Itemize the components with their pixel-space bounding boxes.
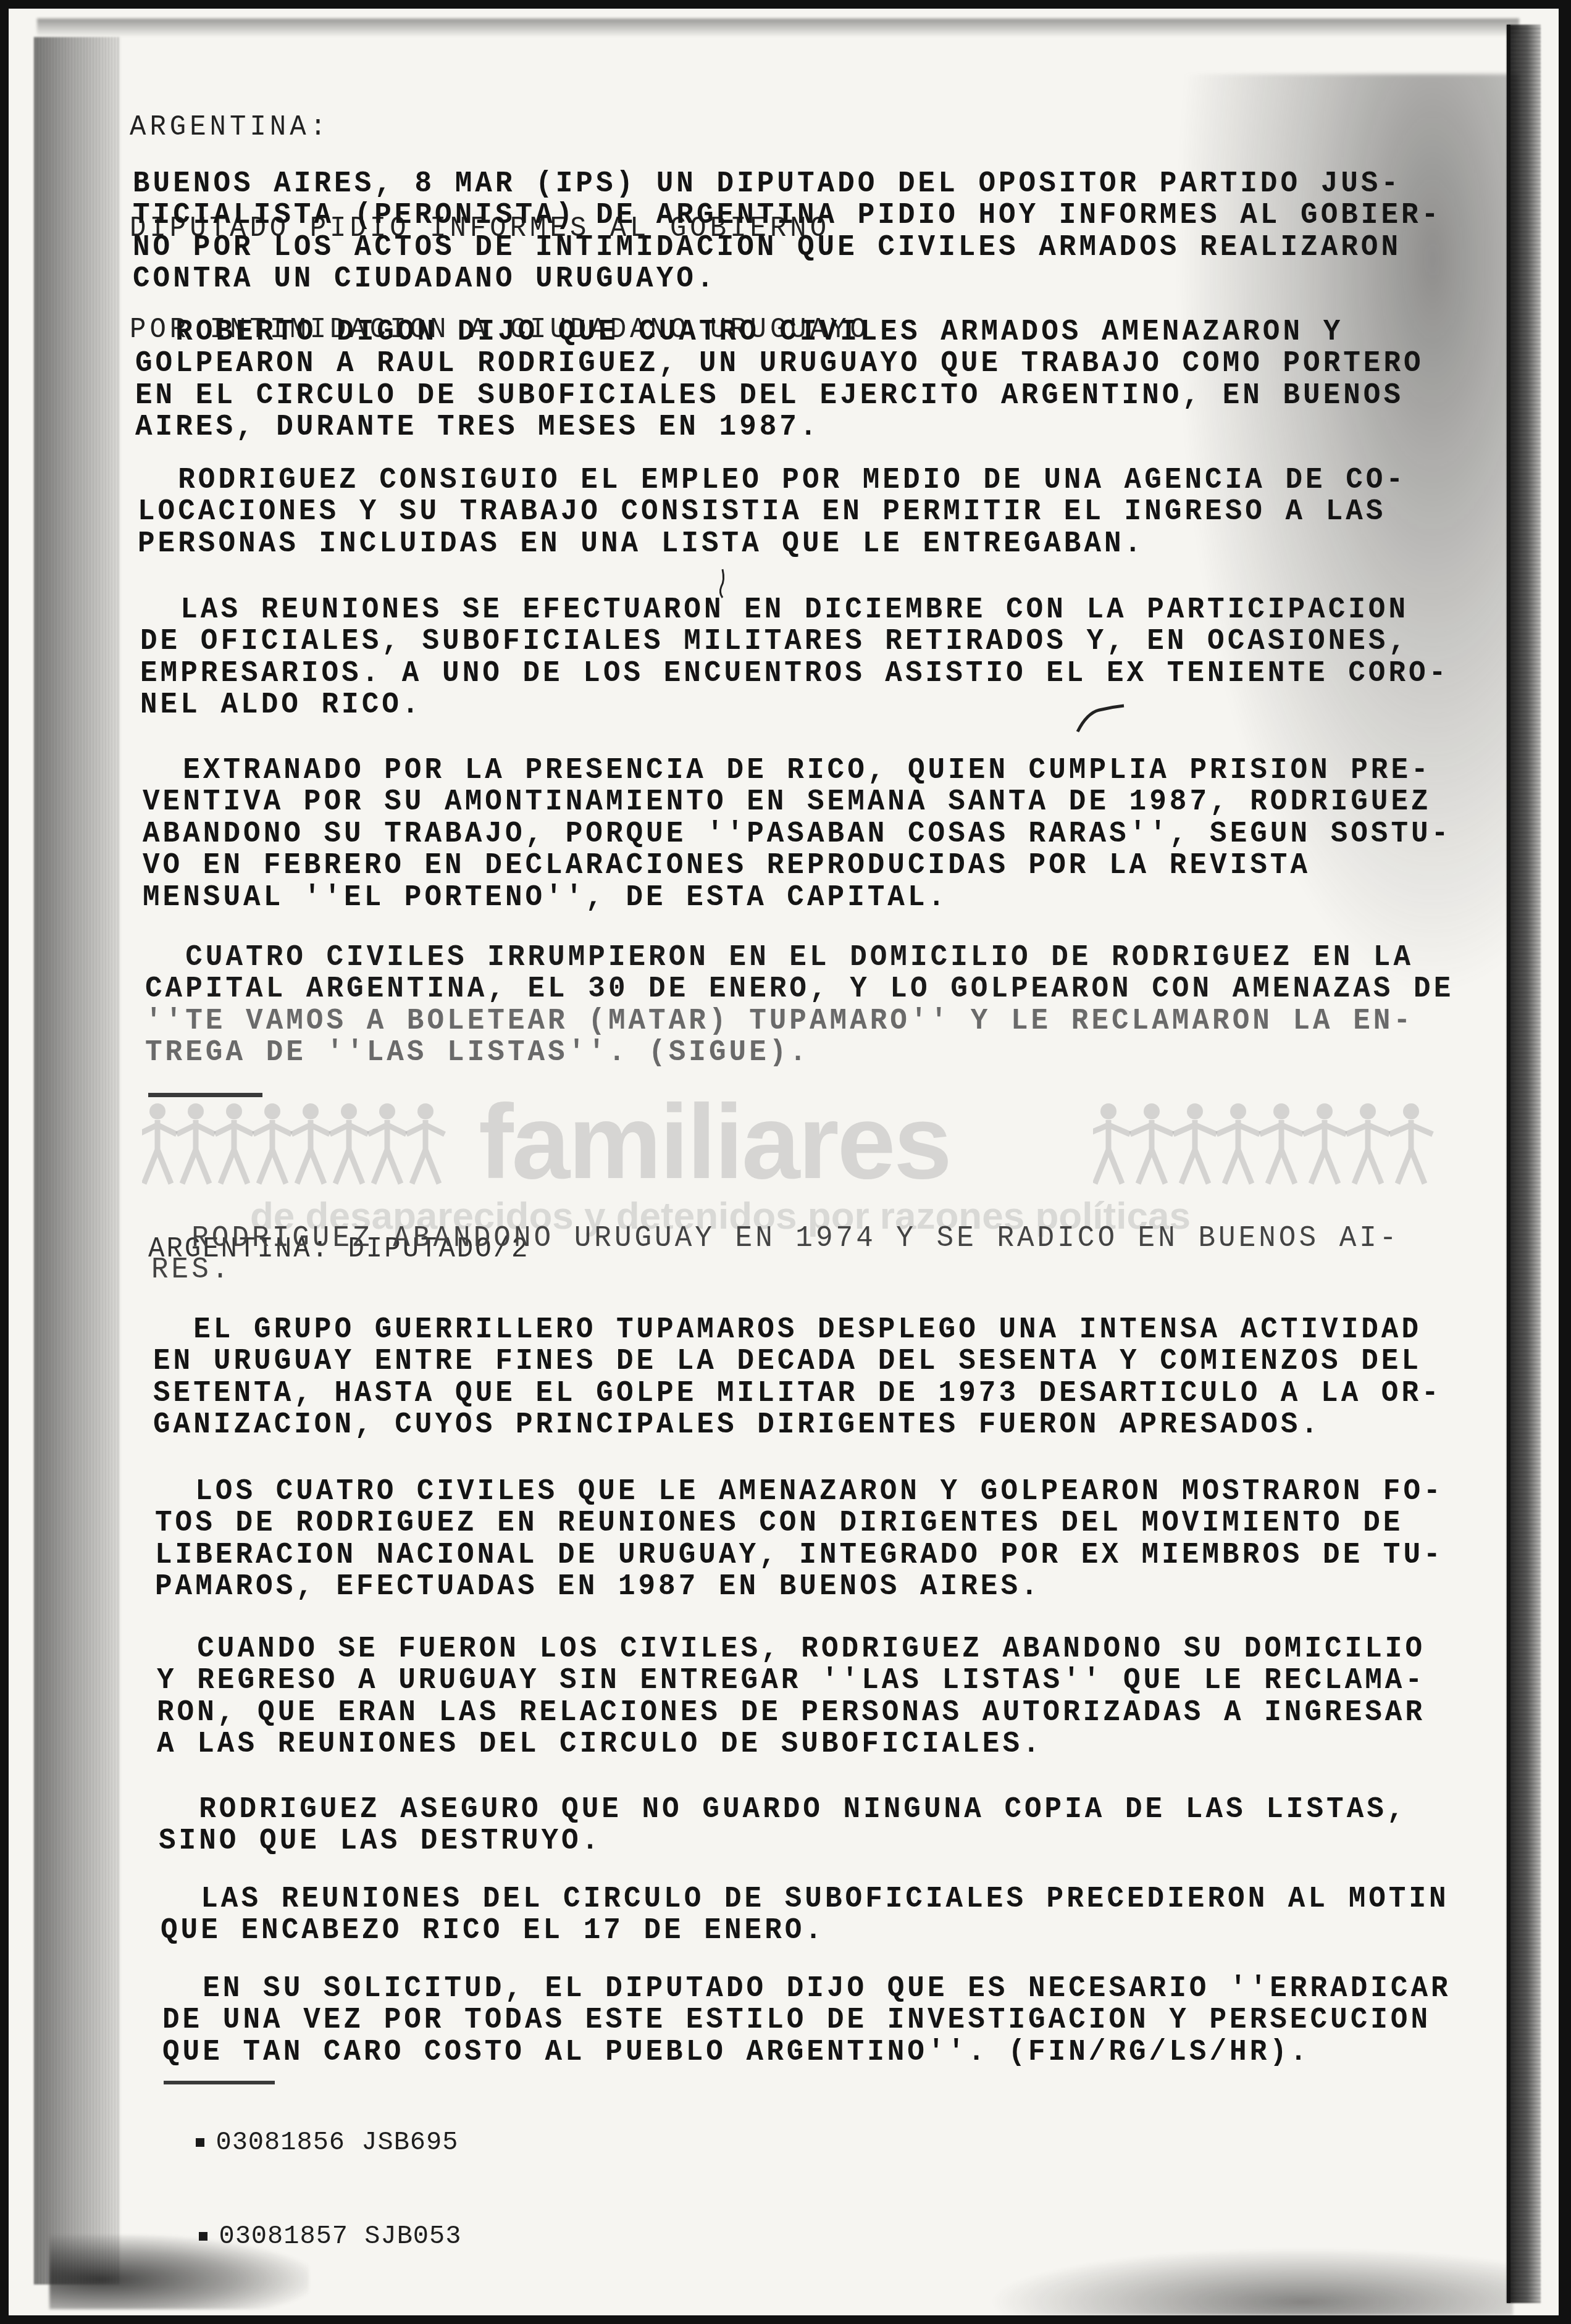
page1-paragraph: EXTRANADO POR LA PRESENCIA DE RICO, QUIE… <box>143 754 1451 913</box>
pen-mark-tick <box>1075 701 1130 738</box>
scan-smudge-top <box>37 19 1519 37</box>
end-divider <box>164 2081 275 2084</box>
paragraph-line: CONTRA UN CIUDADANO URUGUAYO. <box>133 263 1441 295</box>
paragraph-line: LOCACIONES Y SU TRABAJO CONSISTIA EN PER… <box>138 496 1406 527</box>
paragraph-line: NO POR LOS ACTOS DE INTIMIDACION QUE CIV… <box>133 232 1441 263</box>
scan-smudge-left <box>34 37 120 2284</box>
paragraph-line: LOS CUATRO CIVILES QUE LE AMENAZARON Y G… <box>155 1476 1444 1507</box>
bullet-icon <box>199 2232 207 2241</box>
page2-paragraph: RODRIGUEZ ABANDONO URUGUAY EN 1974 Y SE … <box>151 1223 1399 1286</box>
transmission-code-1: 03081856 JSB695 <box>164 2098 458 2157</box>
paragraph-line: AIRES, DURANTE TRES MESES EN 1987. <box>135 411 1424 443</box>
page1-paragraph: CUATRO CIVILES IRRUMPIERON EN EL DOMICIL… <box>145 942 1454 1069</box>
header-country: ARGENTINA: <box>130 111 870 144</box>
paragraph-line: RODRIGUEZ ABANDONO URUGUAY EN 1974 Y SE … <box>151 1223 1399 1254</box>
pen-mark-stroke <box>716 568 729 599</box>
paragraph-line: TREGA DE ''LAS LISTAS''. (SIGUE). <box>145 1037 1454 1068</box>
paragraph-line: DE UNA VEZ POR TODAS ESTE ESTILO DE INVE… <box>162 2004 1451 2036</box>
paragraph-line: RODRIGUEZ CONSIGUIO EL EMPLEO POR MEDIO … <box>138 464 1406 496</box>
paragraph-line: A LAS REUNIONES DEL CIRCULO DE SUBOFICIA… <box>157 1728 1425 1760</box>
paragraph-line: LIBERACION NACIONAL DE URUGUAY, INTEGRAD… <box>155 1539 1444 1571</box>
paragraph-line: LAS REUNIONES SE EFECTUARON EN DICIEMBRE… <box>140 594 1449 625</box>
paragraph-line: EL GRUPO GUERRILLERO TUPAMAROS DESPLEGO … <box>153 1314 1442 1345</box>
paragraph-line: RON, QUE ERAN LAS RELACIONES DE PERSONAS… <box>157 1697 1425 1728</box>
paragraph-line: PERSONAS INCLUIDAS EN UNA LISTA QUE LE E… <box>138 528 1406 559</box>
paragraph-line: LAS REUNIONES DEL CIRCULO DE SUBOFICIALE… <box>161 1883 1449 1915</box>
page2-paragraph: RODRIGUEZ ASEGURO QUE NO GUARDO NINGUNA … <box>159 1794 1407 1857</box>
page1-paragraph: LAS REUNIONES SE EFECTUARON EN DICIEMBRE… <box>140 594 1449 721</box>
paragraph-line: RODRIGUEZ ASEGURO QUE NO GUARDO NINGUNA … <box>159 1794 1407 1825</box>
scan-edge-line-right <box>1507 25 1510 2303</box>
scan-edge-strip-right <box>1507 25 1541 2303</box>
paragraph-line: Y REGRESO A URUGUAY SIN ENTREGAR ''LAS L… <box>157 1665 1425 1696</box>
code-text: 03081857 SJB053 <box>219 2222 461 2251</box>
paragraph-line: EN EL CIRCULO DE SUBOFICIALES DEL EJERCI… <box>135 380 1424 411</box>
paragraph-line: GOLPEARON A RAUL RODRIGUEZ, UN URUGUAYO … <box>135 348 1424 379</box>
paragraph-line: EXTRANADO POR LA PRESENCIA DE RICO, QUIE… <box>143 754 1451 786</box>
scan-smudge-bottom-right <box>988 2247 1513 2315</box>
bullet-icon <box>196 2138 204 2147</box>
paragraph-line: VO EN FEBRERO EN DECLARACIONES REPRODUCI… <box>143 850 1451 881</box>
page1-paragraph: ROBERTO DIGON DIJO QUE CUATRO CIVILES AR… <box>135 316 1424 443</box>
paragraph-line: NEL ALDO RICO. <box>140 689 1449 721</box>
paragraph-line: GANIZACION, CUYOS PRINCIPALES DIRIGENTES… <box>153 1409 1442 1440</box>
paragraph-line: EN URUGUAY ENTRE FINES DE LA DECADA DEL … <box>153 1345 1442 1377</box>
paragraph-line: QUE TAN CARO COSTO AL PUEBLO ARGENTINO''… <box>162 2036 1451 2068</box>
paragraph-line: SINO QUE LAS DESTRUYO. <box>159 1825 1407 1857</box>
paragraph-line: RES. <box>151 1254 1399 1285</box>
page2-paragraph: EN SU SOLICITUD, EL DIPUTADO DIJO QUE ES… <box>162 1973 1451 2068</box>
paragraph-line: ''TE VAMOS A BOLETEAR (MATAR) TUPAMARO''… <box>145 1005 1454 1037</box>
transmission-code-2: 03081857 SJB053 <box>167 2192 461 2251</box>
page2-paragraph: LOS CUATRO CIVILES QUE LE AMENAZARON Y G… <box>155 1476 1444 1603</box>
page2-paragraph: EL GRUPO GUERRILLERO TUPAMAROS DESPLEGO … <box>153 1314 1442 1441</box>
paragraph-line: PAMAROS, EFECTUADAS EN 1987 EN BUENOS AI… <box>155 1571 1444 1602</box>
paragraph-line: SETENTA, HASTA QUE EL GOLPE MILITAR DE 1… <box>153 1377 1442 1409</box>
paragraph-line: TOS DE RODRIGUEZ EN REUNIONES CON DIRIGE… <box>155 1507 1444 1539</box>
paragraph-line: BUENOS AIRES, 8 MAR (IPS) UN DIPUTADO DE… <box>133 168 1441 199</box>
paragraph-line: TICIALISTA (PERONISTA) DE ARGENTINA PIDI… <box>133 199 1441 231</box>
paragraph-line: EN SU SOLICITUD, EL DIPUTADO DIJO QUE ES… <box>162 1973 1451 2004</box>
paragraph-line: MENSUAL ''EL PORTENO'', DE ESTA CAPITAL. <box>143 882 1451 913</box>
page1-paragraph: RODRIGUEZ CONSIGUIO EL EMPLEO POR MEDIO … <box>138 464 1406 559</box>
paragraph-line: ROBERTO DIGON DIJO QUE CUATRO CIVILES AR… <box>135 316 1424 348</box>
code-text: 03081856 JSB695 <box>216 2128 458 2157</box>
paragraph-line: CAPITAL ARGENTINA, EL 30 DE ENERO, Y LO … <box>145 973 1454 1005</box>
page1-paragraph: BUENOS AIRES, 8 MAR (IPS) UN DIPUTADO DE… <box>133 168 1441 295</box>
paragraph-line: CUATRO CIVILES IRRUMPIERON EN EL DOMICIL… <box>145 942 1454 973</box>
paragraph-line: QUE ENCABEZO RICO EL 17 DE ENERO. <box>161 1915 1449 1946</box>
paragraph-line: ABANDONO SU TRABAJO, PORQUE ''PASABAN CO… <box>143 818 1451 850</box>
section-divider <box>148 1093 262 1097</box>
paragraph-line: DE OFICIALES, SUBOFICIALES MILITARES RET… <box>140 625 1449 657</box>
page2-paragraph: CUANDO SE FUERON LOS CIVILES, RODRIGUEZ … <box>157 1633 1425 1760</box>
paragraph-line: EMPRESARIOS. A UNO DE LOS ENCUENTROS ASI… <box>140 658 1449 689</box>
paragraph-line: CUANDO SE FUERON LOS CIVILES, RODRIGUEZ … <box>157 1633 1425 1665</box>
page2-paragraph: LAS REUNIONES DEL CIRCULO DE SUBOFICIALE… <box>161 1883 1449 1947</box>
paragraph-line: VENTIVA POR SU AMONTINAMIENTO EN SEMANA … <box>143 786 1451 817</box>
